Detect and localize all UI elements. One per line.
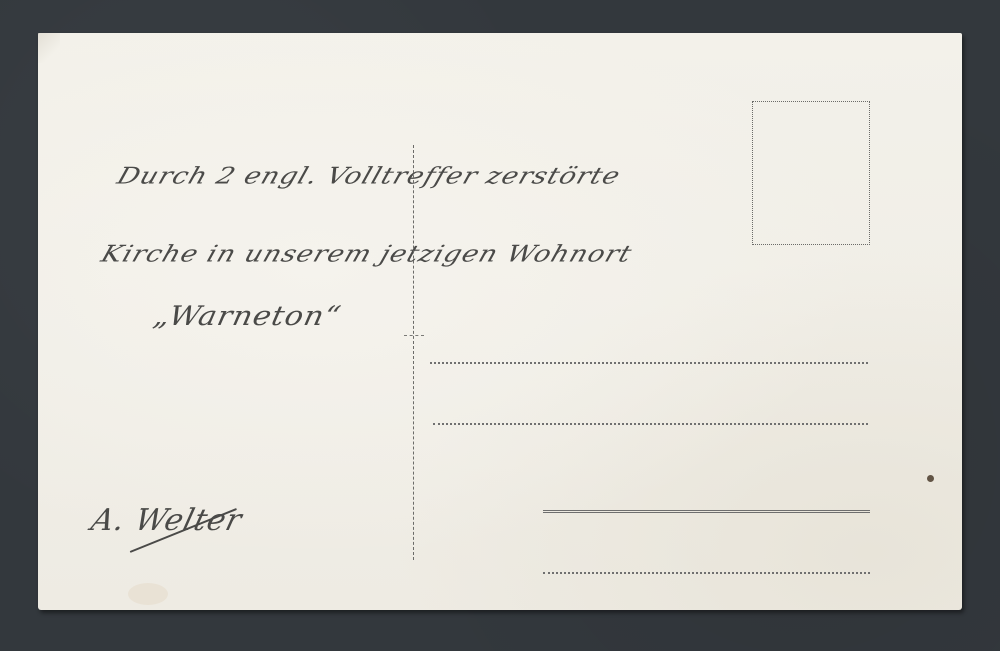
message-line-1: Durch 2 engl. Volltreffer zerstörte [114, 163, 624, 189]
paper-stain [128, 583, 168, 605]
stamp-box [752, 101, 870, 245]
signature: A. Welter [88, 503, 246, 538]
address-line-1 [430, 362, 868, 364]
message-line-3: „Warneton“ [151, 301, 344, 333]
divider-line [413, 145, 414, 560]
address-line-4 [543, 572, 870, 574]
address-line-3 [543, 510, 870, 513]
message-line-2: Kirche in unserem jetzigen Wohnort [98, 241, 636, 267]
divider-tick [404, 335, 424, 336]
corner-crease [38, 33, 60, 63]
address-line-2 [433, 423, 868, 425]
postcard: Durch 2 engl. Volltreffer zerstörte Kirc… [38, 33, 962, 610]
ink-spot [927, 475, 934, 482]
